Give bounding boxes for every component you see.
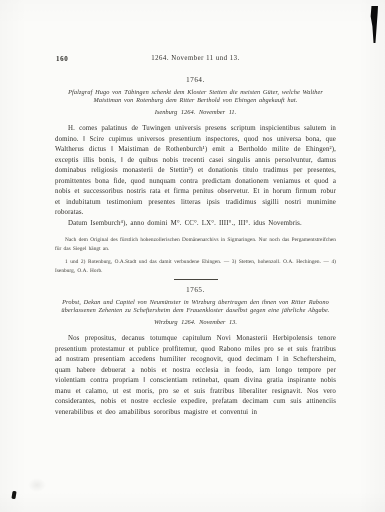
- entry-number: 1765.: [55, 286, 336, 294]
- scan-artifact-bottom-left: [11, 491, 16, 500]
- page-content: 160 1264. November 11 und 13. 1764. Pfal…: [55, 55, 336, 418]
- entry-regest: Pfalzgraf Hugo von Tübingen schenkt dem …: [55, 89, 336, 105]
- charter-entry-1764: 1764. Pfalzgraf Hugo von Tübingen schenk…: [55, 76, 336, 275]
- running-head: 1264. November 11 und 13.: [151, 55, 240, 62]
- scan-artifact-top-right: [370, 6, 378, 43]
- entry-footnotes: 1 und 2) Rotenburg, O.A.Stadt und das da…: [55, 258, 336, 275]
- page-header: 160 1264. November 11 und 13.: [55, 55, 336, 63]
- entry-divider: [174, 279, 218, 280]
- entry-dateline: Isenburg 1264. November 11.: [55, 109, 336, 117]
- charter-entry-1765: 1765. Probst, Dekan und Capitel von Neum…: [55, 286, 336, 418]
- entry-dateline: Wirzburg 1264. November 13.: [55, 319, 336, 327]
- entry-body: Nos prepositus, decanus totumque capitul…: [55, 334, 336, 418]
- entry-body: H. comes palatinus de Tuwingen universis…: [55, 124, 336, 219]
- scan-smudge-bottom-left: [28, 478, 46, 492]
- entry-source-note: Nach dem Original des fürstlich hohenzol…: [55, 236, 336, 253]
- page-number: 160: [56, 55, 68, 63]
- book-page-scan: 160 1264. November 11 und 13. 1764. Pfal…: [0, 0, 385, 512]
- entry-number: 1764.: [55, 76, 336, 84]
- entry-regest: Probst, Dekan und Capitel von Neumünster…: [55, 299, 336, 315]
- entry-datum: Datum Isemburch⁴), anno domini M°. CC°. …: [55, 219, 336, 230]
